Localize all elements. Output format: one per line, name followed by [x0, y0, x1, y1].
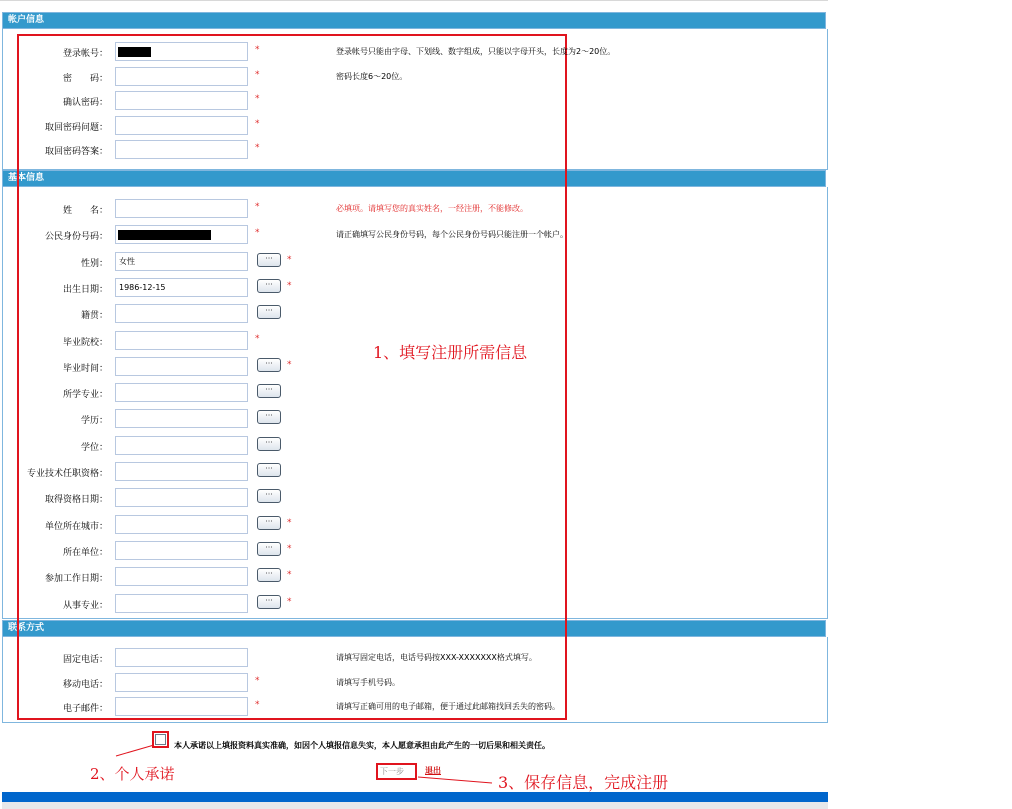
text-input[interactable]: [115, 488, 248, 507]
form-row: 姓 名：*必填项。请填写您的真实姓名，一经注册，不能修改。: [0, 199, 826, 219]
field-label: 公民身份号码：: [45, 229, 108, 242]
top-divider: [0, 0, 828, 1]
input-value: 女性: [119, 257, 135, 266]
picker-button[interactable]: ···: [257, 542, 281, 556]
required-asterisk: *: [255, 94, 260, 104]
required-asterisk: *: [255, 70, 260, 80]
annotation-step2: 2、个人承诺: [90, 763, 175, 784]
text-input[interactable]: [115, 673, 248, 692]
form-row: 性别：女性···*: [0, 252, 826, 272]
picker-button[interactable]: ···: [257, 437, 281, 451]
field-label: 取得资格日期：: [45, 492, 108, 505]
field-label: 取回密码问题：: [45, 120, 108, 133]
form-row: 出生日期：1986-12-15···*: [0, 278, 826, 298]
field-hint: 请填写手机号码。: [336, 677, 400, 688]
required-asterisk: *: [255, 700, 260, 710]
field-label: 确认密码：: [63, 95, 108, 108]
field-hint: 请正确填写公民身份号码，每个公民身份号码只能注册一个帐户。: [336, 229, 568, 240]
field-label: 固定电话：: [63, 652, 108, 665]
required-asterisk: *: [287, 570, 292, 580]
field-hint: 请填写固定电话，电话号码按XXX-XXXXXXX格式填写。: [336, 652, 537, 663]
form-row: 学位：···: [0, 436, 826, 456]
text-input[interactable]: [115, 91, 248, 110]
input-value: 1986-12-15: [119, 283, 166, 292]
required-asterisk: *: [287, 255, 292, 265]
redacted-value: [118, 47, 151, 57]
field-hint: 登录帐号只能由字母、下划线、数字组成，只能以字母开头，长度为2～20位。: [336, 46, 615, 57]
required-asterisk: *: [287, 597, 292, 607]
picker-button[interactable]: ···: [257, 358, 281, 372]
text-input[interactable]: [115, 567, 248, 586]
form-row: 公民身份号码：*请正确填写公民身份号码，每个公民身份号码只能注册一个帐户。: [0, 225, 826, 245]
form-row: 从事专业：···*: [0, 594, 826, 614]
field-hint: 必填项。请填写您的真实姓名，一经注册，不能修改。: [336, 203, 528, 214]
field-label: 参加工作日期：: [45, 571, 108, 584]
text-input[interactable]: [115, 116, 248, 135]
required-asterisk: *: [255, 334, 260, 344]
form-row: 取回密码问题：*: [0, 116, 826, 136]
bottom-strip: [2, 802, 828, 809]
annotation-box-form: [17, 34, 567, 720]
text-input[interactable]: [115, 357, 248, 376]
field-label: 学位：: [81, 440, 108, 453]
picker-button[interactable]: ···: [257, 279, 281, 293]
field-label: 籍贯：: [81, 308, 108, 321]
required-asterisk: *: [287, 518, 292, 528]
form-row: 所在单位：···*: [0, 541, 826, 561]
picker-button[interactable]: ···: [257, 410, 281, 424]
picker-button[interactable]: ···: [257, 384, 281, 398]
text-input[interactable]: [115, 541, 248, 560]
annotation-line-step3: [418, 775, 493, 785]
form-row: 籍贯：···: [0, 304, 826, 324]
bottom-bar: [2, 792, 828, 802]
promise-text: 本人承诺以上填报资料真实准确，如因个人填报信息失实，本人愿意承担由此产生的一切后…: [174, 740, 550, 751]
form-row: 学历：···: [0, 409, 826, 429]
field-hint: 请填写正确可用的电子邮箱，便于通过此邮箱找回丢失的密码。: [336, 701, 560, 712]
required-asterisk: *: [287, 544, 292, 554]
required-asterisk: *: [255, 45, 260, 55]
text-input[interactable]: [115, 304, 248, 323]
picker-button[interactable]: ···: [257, 568, 281, 582]
required-asterisk: *: [287, 360, 292, 370]
required-asterisk: *: [255, 202, 260, 212]
picker-button[interactable]: ···: [257, 595, 281, 609]
picker-button[interactable]: ···: [257, 253, 281, 267]
picker-button[interactable]: ···: [257, 489, 281, 503]
text-input[interactable]: [115, 140, 248, 159]
field-label: 姓 名：: [63, 203, 108, 216]
form-row: 取回密码答案：*: [0, 140, 826, 160]
form-row: 移动电话：*请填写手机号码。: [0, 673, 826, 693]
annotation-box-next: [376, 763, 417, 780]
picker-button[interactable]: ···: [257, 516, 281, 530]
text-input[interactable]: 女性: [115, 252, 248, 271]
text-input[interactable]: 1986-12-15: [115, 278, 248, 297]
text-input[interactable]: [115, 383, 248, 402]
text-input[interactable]: [115, 648, 248, 667]
field-label: 所在单位：: [63, 545, 108, 558]
picker-button[interactable]: ···: [257, 463, 281, 477]
field-label: 登录帐号：: [63, 46, 108, 59]
field-label: 密 码：: [63, 71, 108, 84]
text-input[interactable]: [115, 42, 248, 61]
form-row: 参加工作日期：···*: [0, 567, 826, 587]
text-input[interactable]: [115, 697, 248, 716]
required-asterisk: *: [255, 676, 260, 686]
field-label: 所学专业：: [63, 387, 108, 400]
text-input[interactable]: [115, 409, 248, 428]
required-asterisk: *: [255, 119, 260, 129]
required-asterisk: *: [255, 228, 260, 238]
field-label: 性别：: [81, 256, 108, 269]
field-label: 学历：: [81, 413, 108, 426]
annotation-line-step2: [115, 745, 155, 757]
field-label: 专业技术任职资格：: [27, 466, 108, 479]
text-input[interactable]: [115, 436, 248, 455]
section-header-account: 帐户信息: [2, 12, 826, 29]
field-label: 取回密码答案：: [45, 144, 108, 157]
form-row: 登录帐号：*登录帐号只能由字母、下划线、数字组成，只能以字母开头，长度为2～20…: [0, 42, 826, 62]
redacted-value: [118, 230, 211, 240]
text-input[interactable]: [115, 515, 248, 534]
text-input[interactable]: [115, 199, 248, 218]
field-label: 毕业时间：: [63, 361, 108, 374]
form-row: 所学专业：···: [0, 383, 826, 403]
text-input[interactable]: [115, 67, 248, 86]
text-input[interactable]: [115, 462, 248, 481]
text-input[interactable]: [115, 225, 248, 244]
field-label: 单位所在城市：: [45, 519, 108, 532]
field-label: 电子邮件：: [63, 701, 108, 714]
text-input[interactable]: [115, 594, 248, 613]
form-row: 取得资格日期：···: [0, 488, 826, 508]
required-asterisk: *: [255, 143, 260, 153]
form-row: 单位所在城市：···*: [0, 515, 826, 535]
form-row: 毕业院校：*: [0, 331, 826, 351]
picker-button[interactable]: ···: [257, 305, 281, 319]
form-row: 毕业时间：···*: [0, 357, 826, 377]
field-label: 移动电话：: [63, 677, 108, 690]
form-row: 密 码：*密码长度6～20位。: [0, 67, 826, 87]
field-label: 从事专业：: [63, 598, 108, 611]
text-input[interactable]: [115, 331, 248, 350]
field-label: 毕业院校：: [63, 335, 108, 348]
field-hint: 密码长度6～20位。: [336, 71, 407, 82]
form-row: 电子邮件：*请填写正确可用的电子邮箱，便于通过此邮箱找回丢失的密码。: [0, 697, 826, 717]
form-row: 固定电话：请填写固定电话，电话号码按XXX-XXXXXXX格式填写。: [0, 648, 826, 668]
required-asterisk: *: [287, 281, 292, 291]
form-row: 确认密码：*: [0, 91, 826, 111]
annotation-step3: 3、保存信息，完成注册: [498, 770, 668, 793]
form-row: 专业技术任职资格：···: [0, 462, 826, 482]
field-label: 出生日期：: [63, 282, 108, 295]
